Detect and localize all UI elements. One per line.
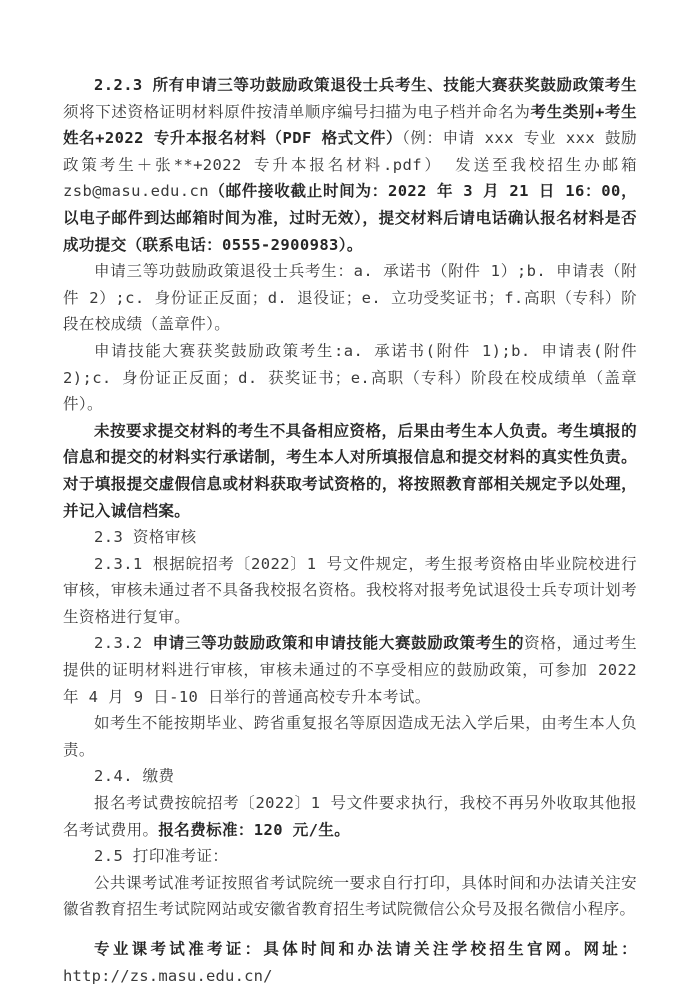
text-run: 2.3.1 根据皖招考〔2022〕1 号文件规定，考生报考资格由毕业院校进行审核… — [63, 555, 637, 626]
para-2-2-3-material-submission: 2.2.3 所有申请三等功鼓励政策退役士兵考生、技能大赛获奖鼓励政策考生须将下述… — [63, 72, 637, 258]
para-responsibility-notice: 未按要求提交材料的考生不具备相应资格，后果由考生本人负责。考生填报的信息和提交的… — [63, 418, 637, 524]
text-run: 申请技能大赛获奖鼓励政策考生:a. 承诺书(附件 1);b. 申请表(附件 2)… — [63, 342, 637, 413]
text-run: 2.4. 缴费 — [94, 767, 174, 785]
para-graduation-responsibility: 如考生不能按期毕业、跨省重复报名等原因造成无法入学后果，由考生本人负责。 — [63, 710, 637, 763]
text-run: 报名费标准：120 元/生。 — [158, 821, 350, 839]
url-text[interactable]: http://zs.masu.edu.cn/ — [63, 967, 273, 984]
para-public-course-ticket: 公共课考试准考证按照省考试院统一要求自行打印，具体时间和办法请关注安徽省教育招生… — [63, 870, 637, 923]
document-page: 2.2.3 所有申请三等功鼓励政策退役士兵考生、技能大赛获奖鼓励政策考生须将下述… — [0, 0, 700, 984]
text-run: 专业课考试准考证：具体时间和办法请关注学校招生官网。网址： — [94, 940, 637, 958]
text-run: 申请三等功鼓励政策退役士兵考生：a. 承诺书（附件 1）;b. 申请表（附件 2… — [63, 262, 637, 333]
para-2-3-1-review-by-college: 2.3.1 根据皖招考〔2022〕1 号文件规定，考生报考资格由毕业院校进行审核… — [63, 551, 637, 631]
text-run: 公共课考试准考证按照省考试院统一要求自行打印，具体时间和办法请关注安徽省教育招生… — [63, 874, 637, 919]
text-run: 2.5 打印准考证： — [94, 847, 228, 865]
heading-2-3-qualification-review: 2.3 资格审核 — [63, 524, 637, 551]
text-run: 须将下述资格证明材料原件按清单顺序编号扫描为电子档并命名为 — [63, 103, 531, 121]
text-run: 2.3 资格审核 — [94, 528, 197, 546]
heading-2-5-print-admission-ticket: 2.5 打印准考证： — [63, 843, 637, 870]
para-third-class-merit-materials: 申请三等功鼓励政策退役士兵考生：a. 承诺书（附件 1）;b. 申请表（附件 2… — [63, 258, 637, 338]
para-major-course-ticket: 专业课考试准考证：具体时间和办法请关注学校招生官网。网址：http://zs.m… — [63, 936, 637, 984]
text-run: 如考生不能按期毕业、跨省重复报名等原因造成无法入学后果，由考生本人负责。 — [63, 714, 637, 759]
para-2-3-2-incentive-policy-review: 2.3.2 申请三等功鼓励政策和申请技能大赛鼓励政策考生的资格，通过考生提供的证… — [63, 630, 637, 710]
para-exam-fee: 报名考试费按皖招考〔2022〕1 号文件要求执行，我校不再另外收取其他报名考试费… — [63, 790, 637, 843]
text-run: 2.2.3 所有申请三等功鼓励政策退役士兵考生、技能大赛获奖鼓励政策考生 — [94, 76, 637, 94]
text-run: 未按要求提交材料的考生不具备相应资格，后果由考生本人负责。考生填报的信息和提交的… — [63, 422, 637, 520]
text-run: 申请三等功鼓励政策和申请技能大赛鼓励政策考生的 — [153, 634, 525, 652]
para-skill-competition-materials: 申请技能大赛获奖鼓励政策考生:a. 承诺书(附件 1);b. 申请表(附件 2)… — [63, 338, 637, 418]
heading-2-4-payment: 2.4. 缴费 — [63, 763, 637, 790]
document-body: 2.2.3 所有申请三等功鼓励政策退役士兵考生、技能大赛获奖鼓励政策考生须将下述… — [63, 72, 637, 984]
text-run: 2.3.2 — [94, 634, 153, 652]
